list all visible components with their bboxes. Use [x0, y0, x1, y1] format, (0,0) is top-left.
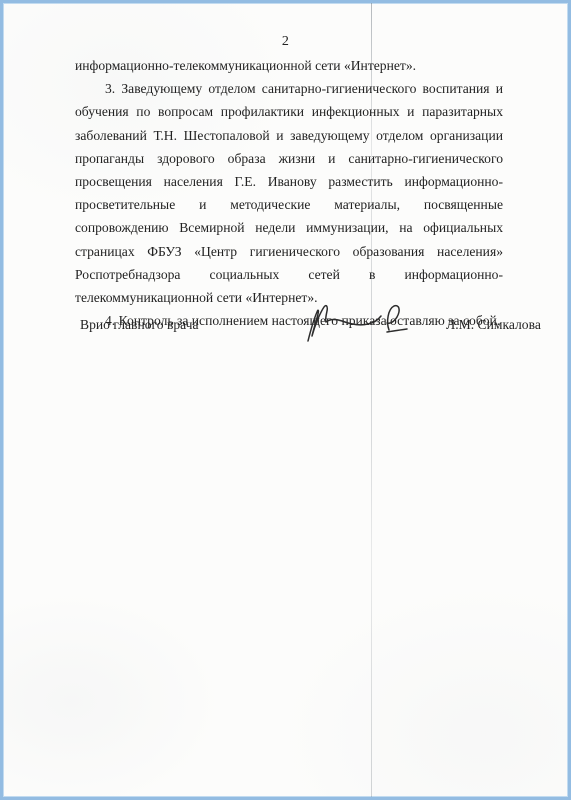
- scanned-document-page: 2 информационно-телекоммуникационной сет…: [0, 0, 571, 800]
- handwritten-signature-icon: [283, 295, 413, 351]
- paragraph-continuation: информационно-телекоммуникационной сети …: [75, 54, 503, 77]
- signatory-position-label: Врио главного врача: [80, 317, 199, 333]
- paragraph-item-3: 3. Заведующему отделом санитарно-гигиени…: [75, 77, 503, 309]
- page-number: 2: [3, 34, 568, 50]
- document-body: информационно-телекоммуникационной сети …: [75, 54, 503, 332]
- signatory-name: Л.М. Симкалова: [446, 317, 541, 333]
